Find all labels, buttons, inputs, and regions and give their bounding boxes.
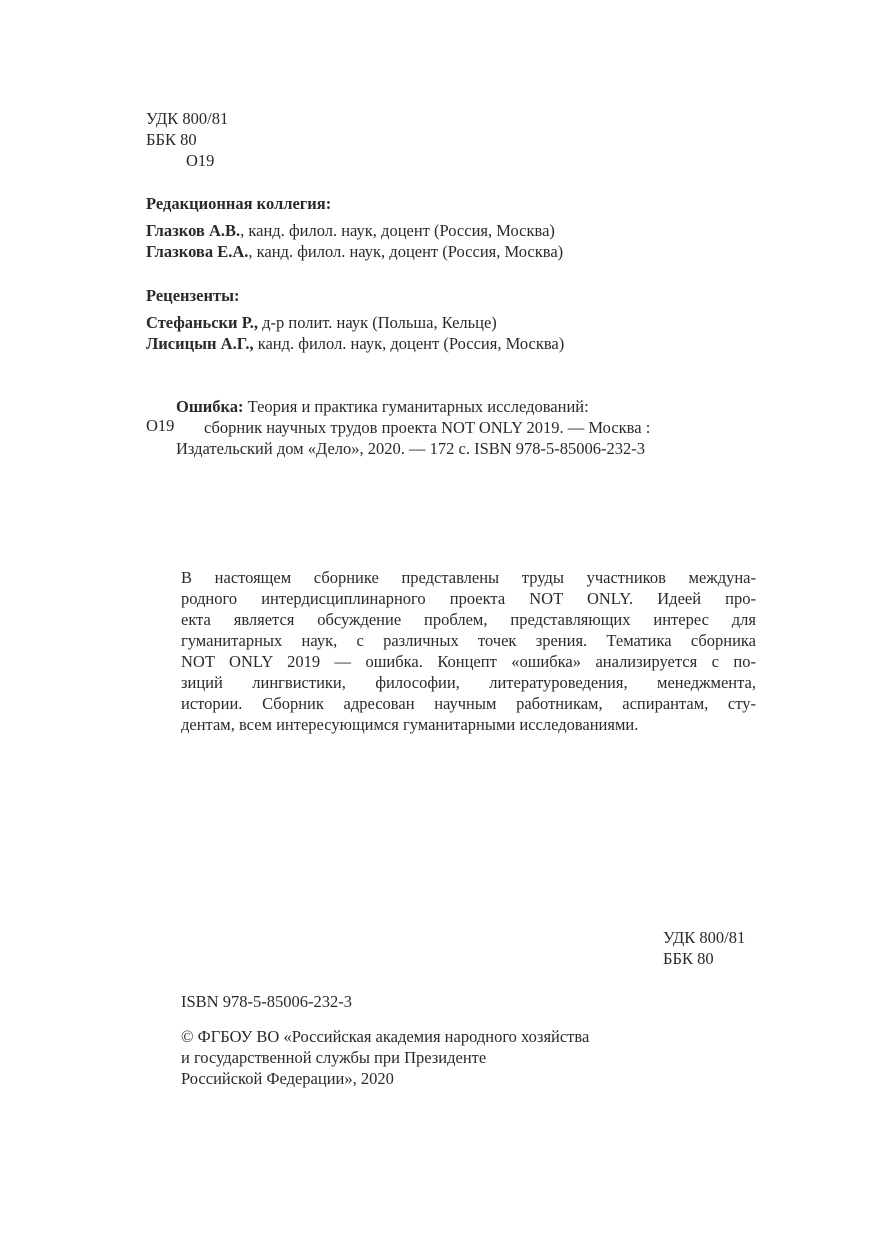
member-details: , канд. филол. наук, доцент (Россия, Мос…: [248, 242, 563, 261]
abstract-line: В настоящем сборнике представлены труды …: [181, 567, 756, 588]
member-details: , канд. филол. наук, доцент (Россия, Мос…: [240, 221, 555, 240]
abstract-line: гуманитарных наук, с различных точек зре…: [181, 630, 756, 651]
abstract-line: зиций лингвистики, философии, литературо…: [181, 672, 756, 693]
editorial-board-title: Редакционная коллегия:: [146, 193, 563, 214]
reviewers: Рецензенты: Стефаньски Р., д-р полит. на…: [146, 285, 564, 354]
copyright-notice: © ФГБОУ ВО «Российская академия народног…: [181, 1026, 589, 1089]
author-mark: О19: [146, 150, 228, 171]
copyright-line: © ФГБОУ ВО «Российская академия народног…: [181, 1026, 589, 1047]
reviewer-name: Лисицын А.Г.,: [146, 334, 254, 353]
copyright-line: и государственной службы при Президенте: [181, 1047, 589, 1068]
abstract: В настоящем сборнике представлены труды …: [181, 567, 756, 735]
udk-code: УДК 800/81: [146, 108, 228, 129]
abstract-line: NOT ONLY 2019 — ошибка. Концепт «ошибка»…: [181, 651, 756, 672]
catalog-title: Ошибка:: [176, 397, 244, 416]
catalog-line-1: Ошибка: Теория и практика гуманитарных и…: [176, 396, 589, 417]
classification-block-bottom: УДК 800/81 ББК 80: [663, 927, 745, 969]
abstract-line: родного интердисциплинарного проекта NOT…: [181, 588, 756, 609]
bbk-code: ББК 80: [663, 948, 745, 969]
member-name: Глазков А.В.: [146, 221, 240, 240]
reviewer-details: д-р полит. наук (Польша, Кельце): [258, 313, 497, 332]
reviewer: Лисицын А.Г., канд. филол. наук, доцент …: [146, 333, 564, 354]
abstract-line: истории. Сборник адресован научным работ…: [181, 693, 756, 714]
abstract-line: дентам, всем интересующимся гуманитарным…: [181, 714, 756, 735]
reviewers-title: Рецензенты:: [146, 285, 564, 306]
reviewer-details: канд. филол. наук, доцент (Россия, Москв…: [254, 334, 565, 353]
bbk-code: ББК 80: [146, 129, 228, 150]
catalog-author-mark: О19: [146, 415, 174, 436]
copyright-line: Российской Федерации», 2020: [181, 1068, 589, 1089]
catalog-line-3: Издательский дом «Дело», 2020. — 172 с. …: [176, 438, 645, 459]
editorial-board-member: Глазкова Е.А., канд. филол. наук, доцент…: [146, 241, 563, 262]
reviewer: Стефаньски Р., д-р полит. наук (Польша, …: [146, 312, 564, 333]
abstract-line: екта является обсуждение проблем, предст…: [181, 609, 756, 630]
editorial-board-member: Глазков А.В., канд. филол. наук, доцент …: [146, 220, 563, 241]
isbn: ISBN 978-5-85006-232-3: [181, 991, 352, 1012]
catalog-line-2: сборник научных трудов проекта NOT ONLY …: [204, 417, 650, 438]
reviewer-name: Стефаньски Р.,: [146, 313, 258, 332]
editorial-board: Редакционная коллегия: Глазков А.В., кан…: [146, 193, 563, 262]
member-name: Глазкова Е.А.: [146, 242, 248, 261]
catalog-subtitle: Теория и практика гуманитарных исследова…: [244, 397, 589, 416]
classification-block-top: УДК 800/81 ББК 80 О19: [146, 108, 228, 171]
udk-code: УДК 800/81: [663, 927, 745, 948]
